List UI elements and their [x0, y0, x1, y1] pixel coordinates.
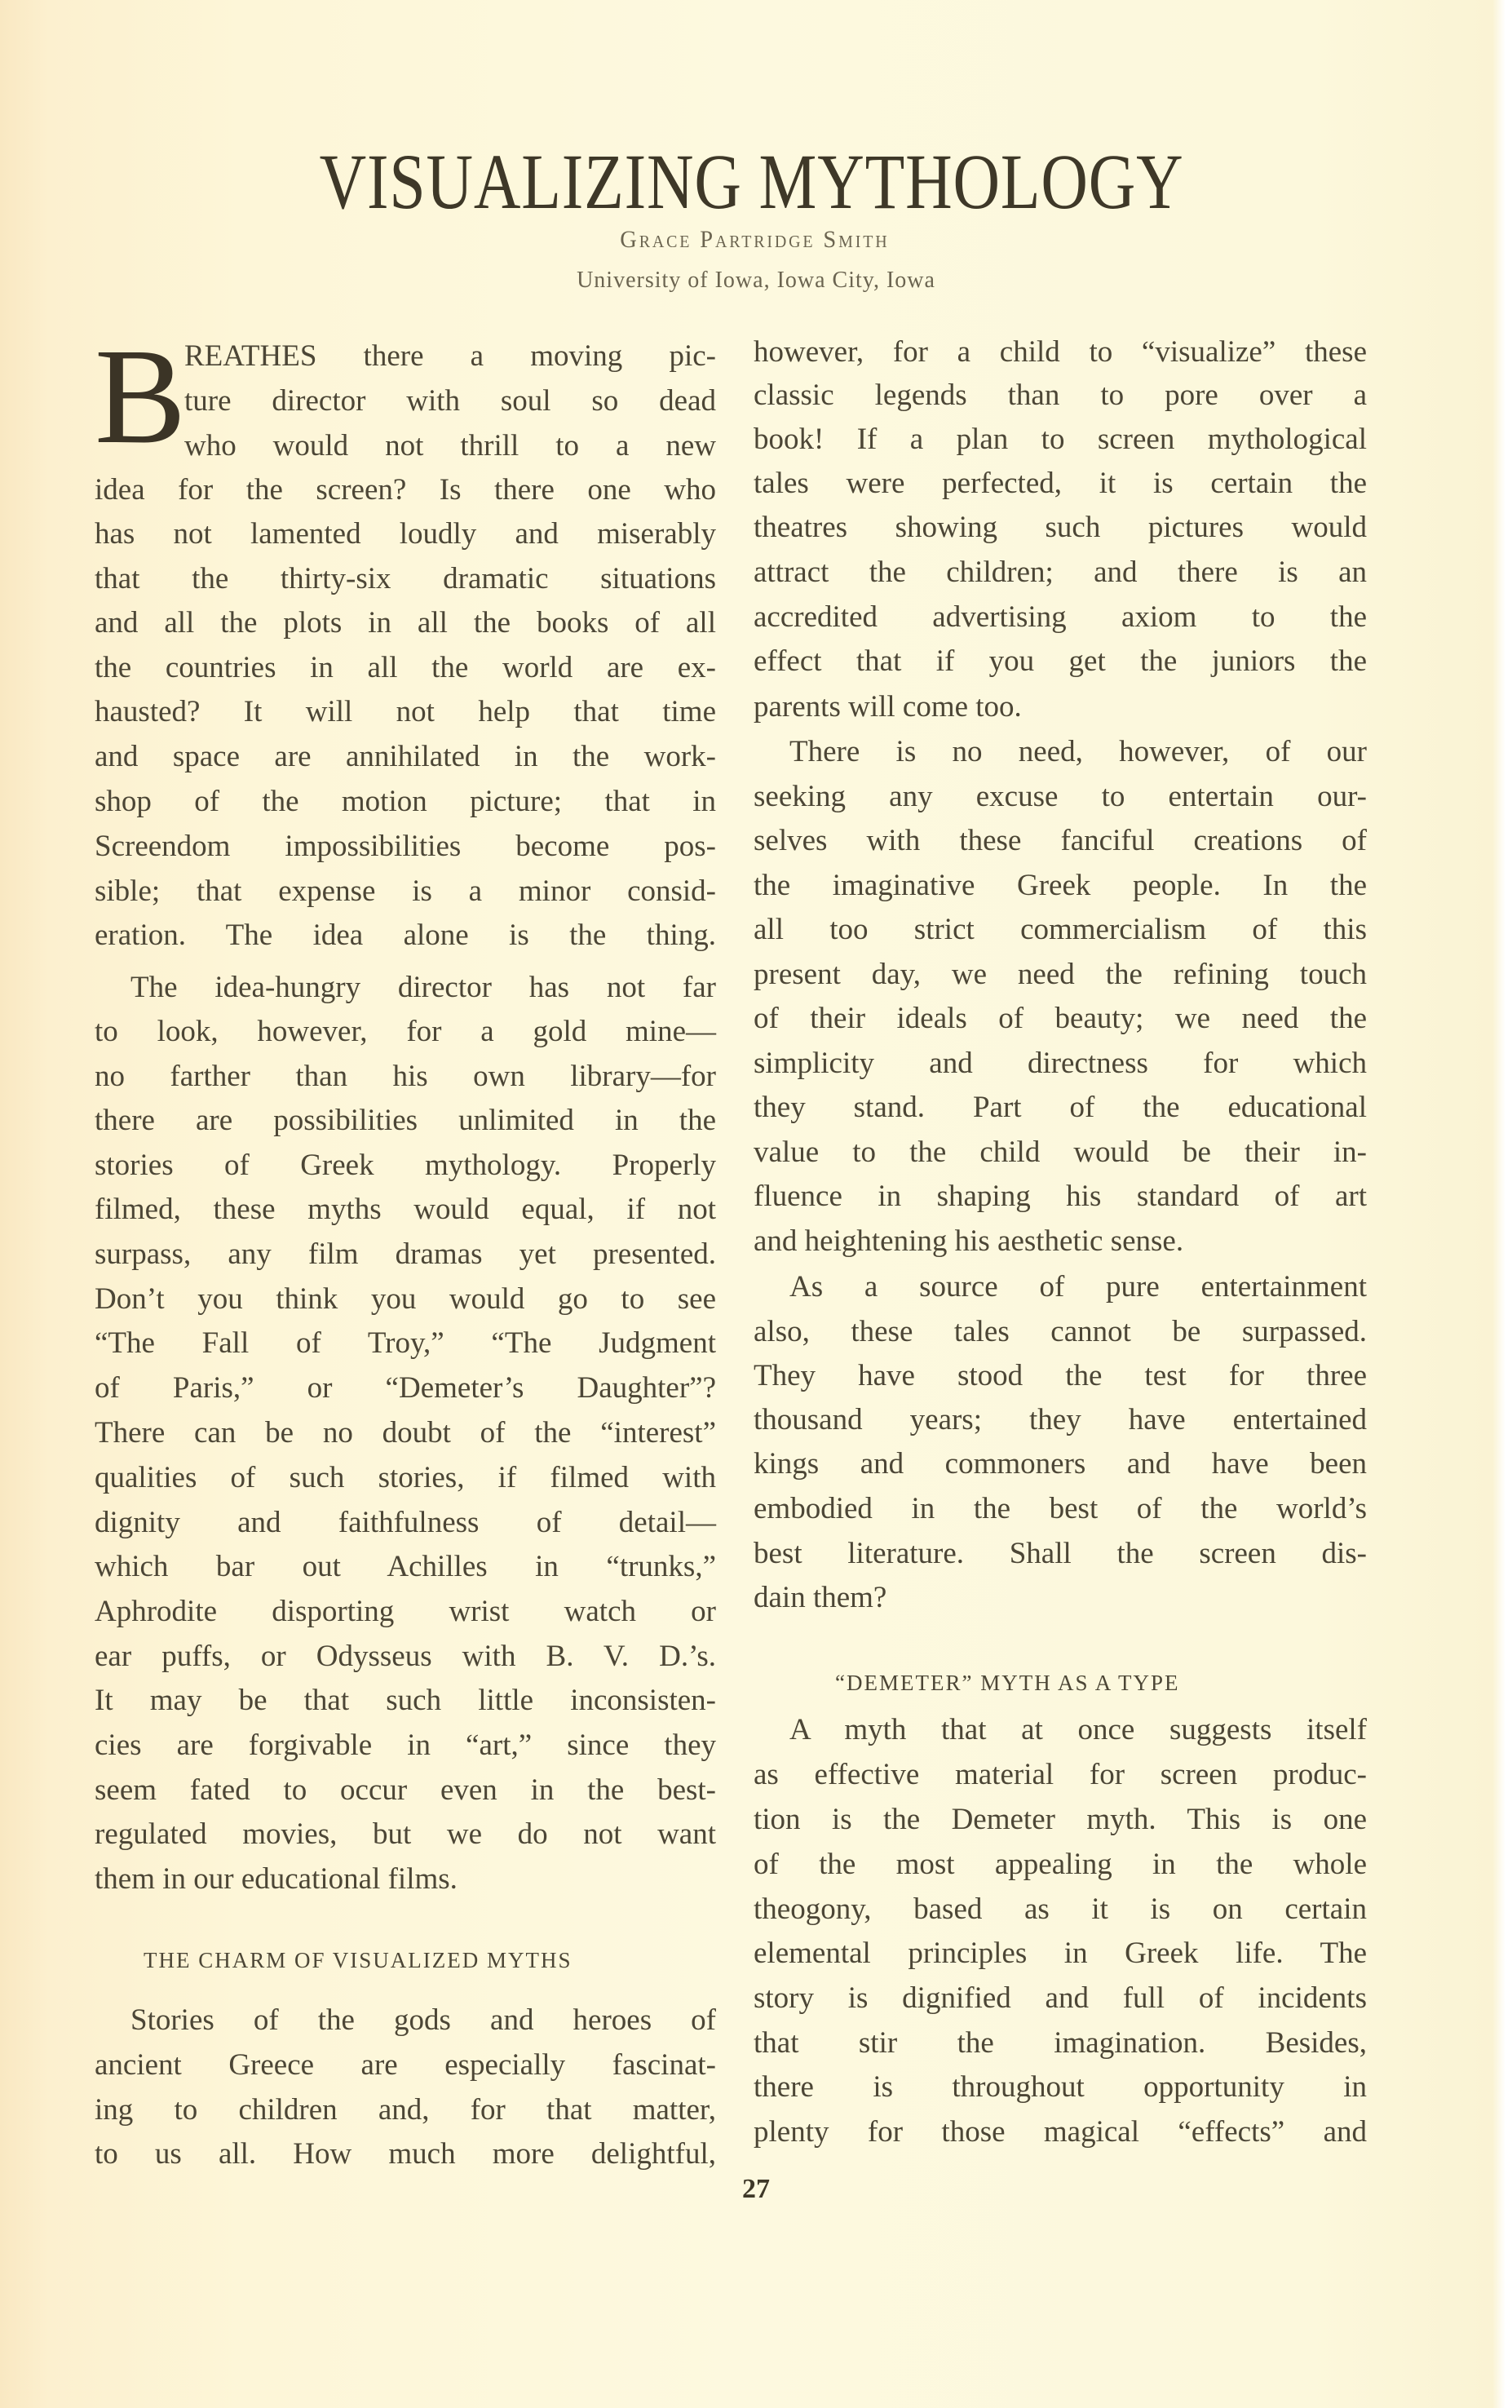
text-line: however, for a child to “visualize” thes… [754, 330, 1367, 374]
text-line: theogony, based as it is on certain [754, 1888, 1367, 1932]
text-line: effect that if you get the juniors the [754, 640, 1367, 684]
text-line: also, these tales cannot be surpassed. [754, 1310, 1367, 1354]
author-name: Grace Partridge Smith [37, 225, 1473, 255]
text-line: fluence in shaping his standard of art [754, 1175, 1367, 1219]
text-line: as effective material for screen produc- [754, 1753, 1367, 1797]
text-line: best literature. Shall the screen dis- [754, 1532, 1367, 1576]
text-line: dain them? [754, 1576, 1367, 1620]
text-line: plenty for those magical “effects” and [754, 2110, 1367, 2154]
text-line: There can be no doubt of the “interest” [95, 1411, 716, 1455]
text-line: selves with these fanciful creations of [754, 819, 1367, 863]
text-line: regulated movies, but we do not want [95, 1813, 716, 1857]
text-line: of Paris,” or “Demeter’s Daughter”? [95, 1366, 716, 1410]
text-line: Don’t you think you would go to see [95, 1277, 716, 1321]
text-line: “The Fall of Troy,” “The Judgment [95, 1321, 716, 1366]
text-line: embodied in the best of the world’s [754, 1487, 1367, 1531]
section-heading: THE CHARM OF VISUALIZED MYTHS [144, 1946, 573, 1974]
text-line: ing to children and, for that matter, [95, 2088, 716, 2132]
magazine-page: VISUALIZING MYTHOLOGY Grace Partridge Sm… [0, 0, 1512, 2408]
text-line: shop of the motion picture; that in [95, 780, 716, 824]
text-line: thousand years; they have entertained [754, 1398, 1367, 1442]
text-line: to look, however, for a gold mine— [95, 1010, 716, 1054]
text-line: elemental principles in Greek life. The [754, 1932, 1367, 1976]
text-line: classic legends than to pore over a [754, 374, 1367, 418]
text-line: ancient Greece are especially fascinat- [95, 2043, 716, 2087]
text-line: all too strict commercialism of this [754, 908, 1367, 952]
text-line: cies are forgivable in “art,” since they [95, 1724, 716, 1768]
text-line: there are possibilities unlimited in the [95, 1099, 716, 1143]
text-line: Screendom impossibilities become pos- [95, 825, 716, 869]
text-line: story is dignified and full of incidents [754, 1976, 1367, 2021]
text-line: tales were perfected, it is certain the [754, 462, 1367, 506]
text-line: who would not thrill to a new [184, 424, 716, 468]
text-line: sible; that expense is a minor consid- [95, 870, 716, 914]
text-line: the countries in all the world are ex- [95, 646, 716, 690]
text-line: there is throughout opportunity in [754, 2065, 1367, 2109]
text-line: of the most appealing in the whole [754, 1843, 1367, 1887]
text-line: which bar out Achilles in “trunks,” [95, 1545, 716, 1589]
text-line: and heightening his aesthetic sense. [754, 1219, 1367, 1264]
text-line: they stand. Part of the educational [754, 1086, 1367, 1130]
text-line: hausted? It will not help that time [95, 690, 716, 734]
text-line: idea for the screen? Is there one who [95, 468, 716, 512]
text-line: simplicity and directness for which [754, 1042, 1367, 1086]
text-line: value to the child would be their in- [754, 1131, 1367, 1175]
text-line: dignity and faithfulness of detail— [95, 1501, 716, 1545]
text-line: As a source of pure entertainment [789, 1265, 1367, 1309]
text-line: Aphrodite disporting wrist watch or [95, 1590, 716, 1634]
text-line: filmed, these myths would equal, if not [95, 1188, 716, 1232]
text-line: kings and commoners and have been [754, 1442, 1367, 1486]
text-line: to us all. How much more delightful, [95, 2132, 716, 2176]
text-line: theatres showing such pictures would [754, 506, 1367, 550]
text-line: parents will come too. [754, 685, 1367, 729]
text-line: them in our educational films. [95, 1857, 716, 1901]
text-line: accredited advertising axiom to the [754, 595, 1367, 640]
text-line: that stir the imagination. Besides, [754, 2021, 1367, 2065]
text-line: no farther than his own library—for [95, 1055, 716, 1099]
text-line: and space are annihilated in the work- [95, 735, 716, 779]
text-line: The idea-hungry director has not far [130, 966, 716, 1010]
text-line: that the thirty-six dramatic situations [95, 557, 716, 601]
text-line: seeking any excuse to entertain our- [754, 775, 1367, 819]
text-line: and all the plots in all the books of al… [95, 601, 716, 645]
text-line: present day, we need the refining touch [754, 953, 1367, 997]
text-line: Stories of the gods and heroes of [130, 1999, 716, 2043]
text-line: REATHES there a moving pic- [184, 334, 716, 378]
text-line: of their ideals of beauty; we need the [754, 997, 1367, 1041]
text-line: attract the children; and there is an [754, 551, 1367, 595]
text-line: ture director with soul so dead [184, 379, 716, 423]
text-line: surpass, any film dramas yet presented. [95, 1233, 716, 1277]
section-heading: “DEMETER” MYTH AS A TYPE [835, 1669, 1180, 1697]
text-line: qualities of such stories, if filmed wit… [95, 1456, 716, 1500]
drop-cap: B [95, 328, 186, 434]
text-line: It may be that such little inconsisten- [95, 1679, 716, 1723]
text-line: seem fated to occur even in the best- [95, 1768, 716, 1813]
text-line: book! If a plan to screen mythological [754, 418, 1367, 462]
text-line: A myth that at once suggests itself [789, 1708, 1367, 1752]
text-line: There is no need, however, of our [789, 730, 1367, 774]
text-line: tion is the Demeter myth. This is one [754, 1798, 1367, 1842]
text-line: ear puffs, or Odysseus with B. V. D.’s. [95, 1635, 716, 1679]
text-line: eration. The idea alone is the thing. [95, 914, 716, 958]
page-number: 27 [0, 2173, 1512, 2206]
author-affiliation: University of Iowa, Iowa City, Iowa [0, 267, 1512, 294]
article-title: VISUALIZING MYTHOLOGY [124, 137, 1379, 227]
text-line: has not lamented loudly and miserably [95, 512, 716, 556]
text-line: the imaginative Greek people. In the [754, 864, 1367, 908]
text-line: They have stood the test for three [754, 1354, 1367, 1398]
text-line: stories of Greek mythology. Properly [95, 1144, 716, 1188]
